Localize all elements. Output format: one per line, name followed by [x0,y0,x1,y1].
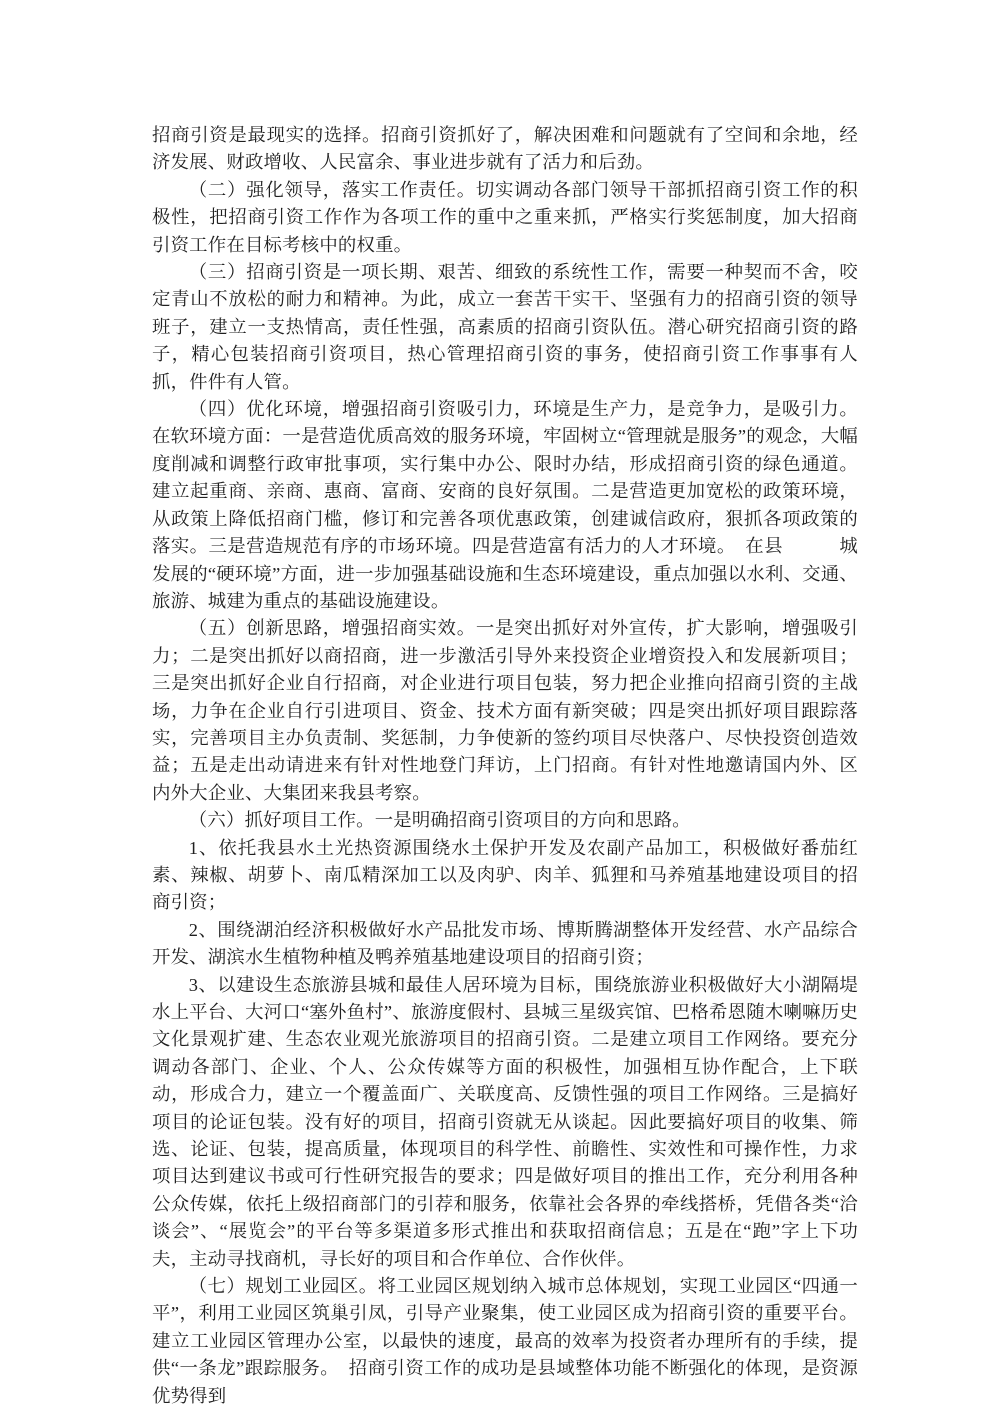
paragraph-list-item-2: 2、围绕湖泊经济积极做好水产品批发市场、博斯腾湖整体开发经营、水产品综合开发、湖… [152,917,858,972]
paragraph-section-6: （六）抓好项目工作。一是明确招商引资项目的方向和思路。 [152,807,858,834]
paragraph-section-7: （七）规划工业园区。将工业园区规划纳入城市总体规划，实现工业园区“四通一平”，利… [152,1273,858,1410]
paragraph-continuation: 招商引资是最现实的选择。招商引资抓好了，解决困难和问题就有了空间和余地，经济发展… [152,122,858,177]
paragraph-section-4: （四）优化环境，增强招商引资吸引力，环境是生产力，是竞争力，是吸引力。在软环境方… [152,396,858,615]
paragraph-section-5: （五）创新思路，增强招商实效。一是突出抓好对外宣传，扩大影响，增强吸引力；二是突… [152,615,858,807]
document-text-body: 招商引资是最现实的选择。招商引资抓好了，解决困难和问题就有了空间和余地，经济发展… [152,122,858,1410]
paragraph-section-3: （三）招商引资是一项长期、艰苦、细致的系统性工作，需要一种契而不舍，咬定青山不放… [152,259,858,396]
paragraph-list-item-3: 3、以建设生态旅游县城和最佳人居环境为目标，围绕旅游业积极做好大小湖隔堤水上平台… [152,972,858,1273]
paragraph-list-item-1: 1、依托我县水土光热资源围绕水土保护开发及农副产品加工，积极做好番茄红素、辣椒、… [152,835,858,917]
document-page: 招商引资是最现实的选择。招商引资抓好了，解决困难和问题就有了空间和余地，经济发展… [0,0,1000,1415]
paragraph-section-2: （二）强化领导，落实工作责任。切实调动各部门领导干部抓招商引资工作的积极性，把招… [152,177,858,259]
